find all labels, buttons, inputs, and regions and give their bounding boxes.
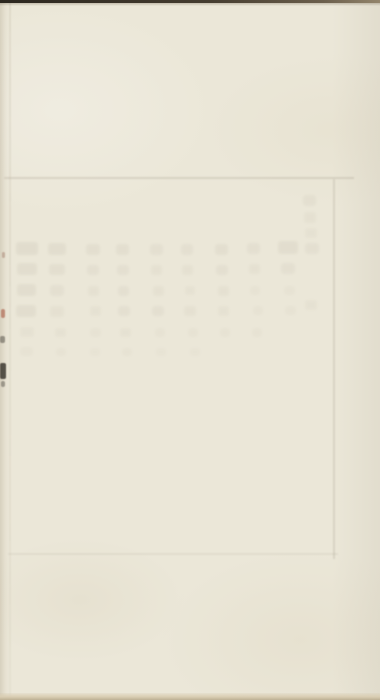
show-through-character-smudge [218, 286, 229, 296]
show-through-character-smudge [56, 348, 66, 356]
show-through-character-smudge [215, 244, 228, 255]
show-through-character-smudge [120, 328, 131, 337]
show-through-character-smudge [86, 244, 100, 255]
show-through-character-smudge [155, 328, 165, 337]
show-through-character-smudge [90, 328, 101, 337]
show-through-character-smudge [50, 285, 64, 296]
show-through-character-smudge [153, 286, 164, 296]
show-through-character-smudge [118, 306, 130, 316]
top-scan-edge-shadow [0, 3, 380, 6]
show-through-character-smudge [190, 348, 200, 356]
show-through-character-smudge [305, 300, 317, 310]
show-through-character-smudge [250, 286, 260, 295]
page-right-shading [332, 0, 380, 700]
show-through-character-smudge [48, 243, 66, 255]
show-through-character-smudge [87, 265, 99, 275]
show-through-character-smudge [17, 284, 36, 296]
show-through-frame-right [333, 179, 335, 559]
show-through-character-smudge [118, 286, 129, 296]
show-through-character-smudge [249, 264, 260, 274]
show-through-character-smudge [281, 263, 295, 274]
show-through-character-smudge [150, 244, 163, 255]
show-through-character-smudge [278, 241, 298, 254]
show-through-character-smudge [17, 263, 37, 275]
show-through-character-smudge [122, 348, 132, 356]
binding-speck [1, 381, 5, 387]
show-through-character-smudge [16, 242, 38, 255]
binding-speck [0, 363, 6, 379]
show-through-character-smudge [182, 265, 193, 275]
show-through-character-smudge [50, 306, 64, 317]
show-through-character-smudge [304, 212, 316, 223]
show-through-character-smudge [116, 244, 129, 255]
show-through-character-smudge [220, 328, 230, 337]
show-through-character-smudge [252, 328, 262, 337]
show-through-character-smudge [16, 305, 36, 317]
show-through-character-smudge [216, 265, 228, 275]
show-through-character-smudge [218, 306, 229, 316]
show-through-character-smudge [285, 306, 296, 315]
binding-speck [0, 336, 5, 343]
show-through-character-smudge [49, 264, 65, 275]
binding-crease [9, 0, 11, 700]
show-through-character-smudge [185, 286, 195, 295]
show-through-character-smudge [20, 347, 33, 356]
bottom-scan-edge [0, 693, 380, 700]
show-through-character-smudge [90, 306, 101, 316]
show-through-character-smudge [188, 328, 198, 337]
binding-speck [1, 309, 5, 318]
show-through-character-smudge [253, 306, 263, 315]
show-through-character-smudge [55, 328, 66, 337]
show-through-character-smudge [247, 243, 260, 254]
show-through-character-smudge [20, 327, 34, 337]
binding-speck [2, 252, 5, 258]
show-through-character-smudge [152, 306, 164, 316]
scanned-page [0, 0, 380, 700]
show-through-character-smudge [156, 348, 166, 356]
show-through-character-smudge [303, 195, 316, 206]
show-through-frame-bottom [8, 553, 338, 555]
show-through-character-smudge [90, 348, 100, 356]
show-through-character-smudge [305, 228, 317, 238]
show-through-character-smudge [284, 286, 295, 295]
show-through-character-smudge [117, 265, 129, 275]
show-through-character-smudge [305, 243, 319, 254]
show-through-character-smudge [88, 286, 99, 296]
show-through-frame-top [4, 177, 354, 179]
show-through-character-smudge [181, 244, 193, 255]
show-through-character-smudge [151, 265, 162, 275]
binding-edge [0, 0, 9, 700]
show-through-character-smudge [184, 306, 196, 316]
